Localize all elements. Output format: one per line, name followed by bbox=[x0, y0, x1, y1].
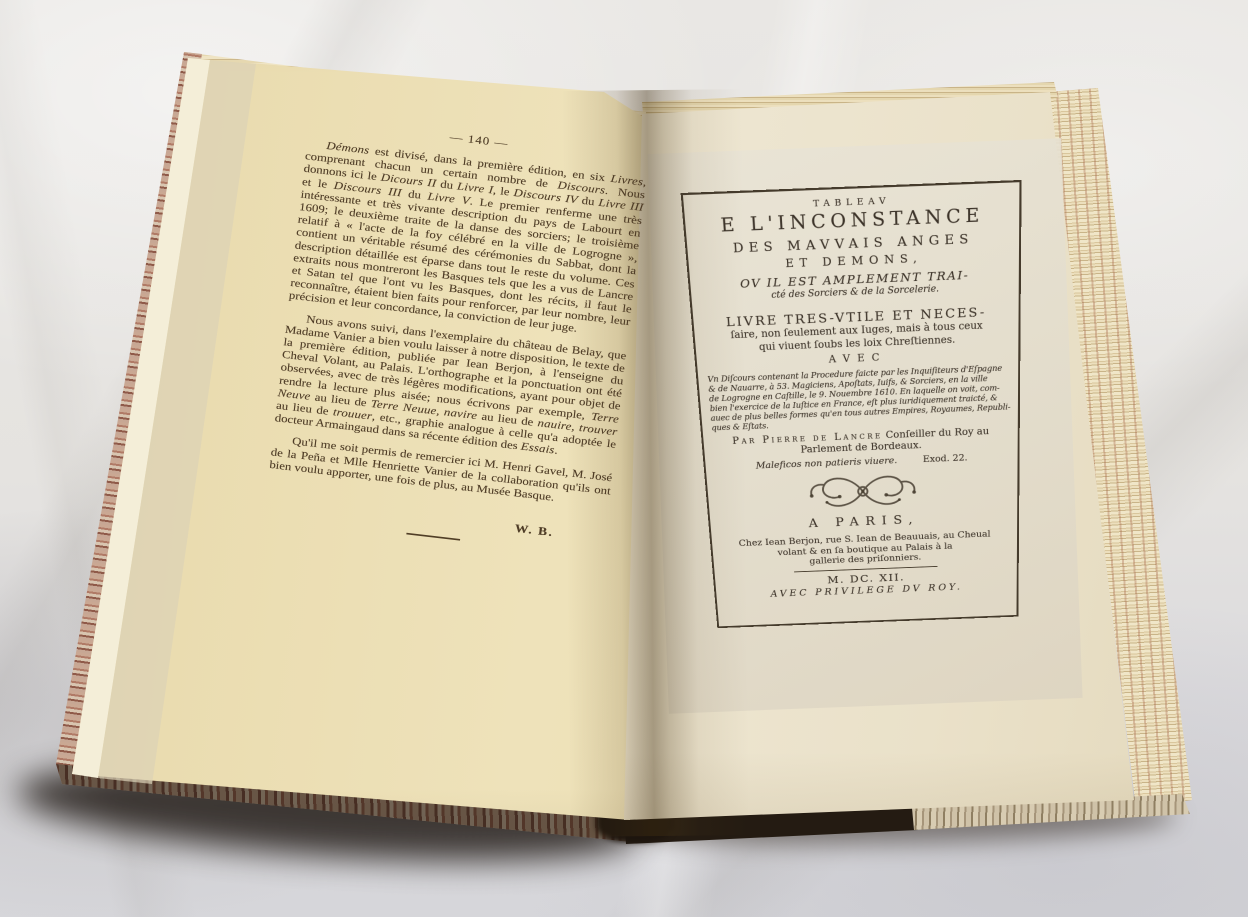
floral-ornament-icon bbox=[800, 470, 925, 512]
motto-reference: Exod. 22. bbox=[923, 453, 968, 465]
left-page-text-block: — 140 — Démons est divisé, dans la premi… bbox=[263, 114, 649, 557]
title-page-frame: TABLEAV E L'INCONSTANCE DES MAVVAIS ANGE… bbox=[681, 180, 1022, 628]
motto-text: Maleficos non patieris viuere. bbox=[755, 456, 897, 472]
imprint-block: Chez Iean Berjon, rue S. Iean de Beauuai… bbox=[718, 528, 1012, 570]
photo-scene: — 140 — Démons est divisé, dans la premi… bbox=[0, 0, 1248, 917]
paragraph-1: Démons est divisé, dans la première édit… bbox=[288, 137, 647, 341]
discourse-block: Vn Diſcours contenant la Procedure faict… bbox=[704, 362, 1012, 432]
